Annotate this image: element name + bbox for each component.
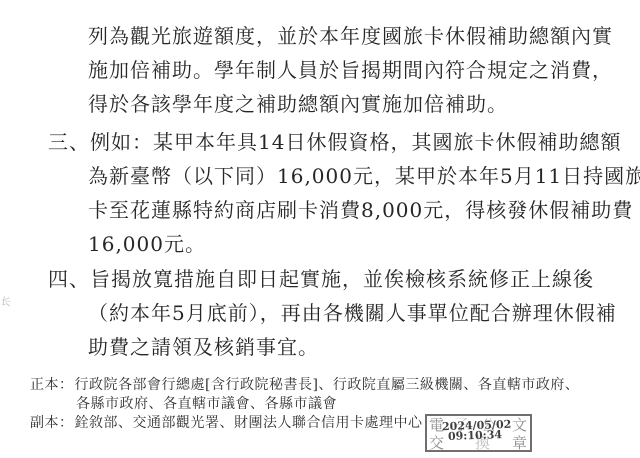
body-line: 16,000元。 [88,232,206,256]
body-line-item-3: 三、例如：某甲本年具14日休假資格，其國旅卡休假補助總額 [48,130,621,154]
recipients-original-label: 正本： [30,377,74,393]
stamp-char: 交 [429,435,444,451]
body-line: （約本年5月底前），再由各機關人事單位配合辦理休假補 [88,301,617,325]
body-line: 助費之請領及核銷事宜。 [88,335,319,359]
scanned-official-document-page: 列為觀光旅遊額度，並於本年度國旅卡休假補助總額內實 施加倍補助。學年制人員於旨揭… [0,0,640,458]
body-line: 施加倍補助。學年制人員於旨揭期間內符合規定之消費， [88,58,613,82]
recipients-original-line-1: 正本：行政院各部會行總處[含行政院秘書長]、行政院直屬三級機關、各直轄市政府、 [30,377,579,394]
body-line: 卡至花蓮縣特約商店刷卡消費8,000元，得核發休假補助費 [88,198,633,222]
body-line: 列為觀光旅遊額度，並於本年度國旅卡休假補助總額內實 [88,24,613,48]
stamp-time: 09:10:34 [448,429,502,442]
body-line-item-4: 四、旨揭放寬措施自即日起實施，並俟檢核系統修正上線後 [48,267,594,291]
stamp-char: 文 [512,417,527,433]
recipients-copy-label: 副本： [30,415,74,431]
recipients-original-line-2: 各縣市政府、各直轄市議會、各縣市議會 [76,396,337,413]
electronic-exchange-stamp: 電 子 公 文 交 換 章 2024/05/02 09:10:34 [425,414,532,452]
stamp-char: 章 [512,435,527,451]
recipients-copy-text: 銓敘部、交通部觀光署、財團法人聯合信用卡處理中心 [75,415,423,431]
recipients-copy-line: 副本：銓敘部、交通部觀光署、財團法人聯合信用卡處理中心 [30,415,423,432]
scan-artifact-mark: 长 [0,292,12,308]
body-line: 為新臺幣（以下同）16,000元，某甲於本年5月11日持國旅 [88,164,640,188]
recipients-original-text: 行政院各部會行總處[含行政院秘書長]、行政院直屬三級機關、各直轄市政府、 [75,377,580,393]
body-line: 得於各該學年度之補助總額內實施加倍補助。 [88,92,508,116]
